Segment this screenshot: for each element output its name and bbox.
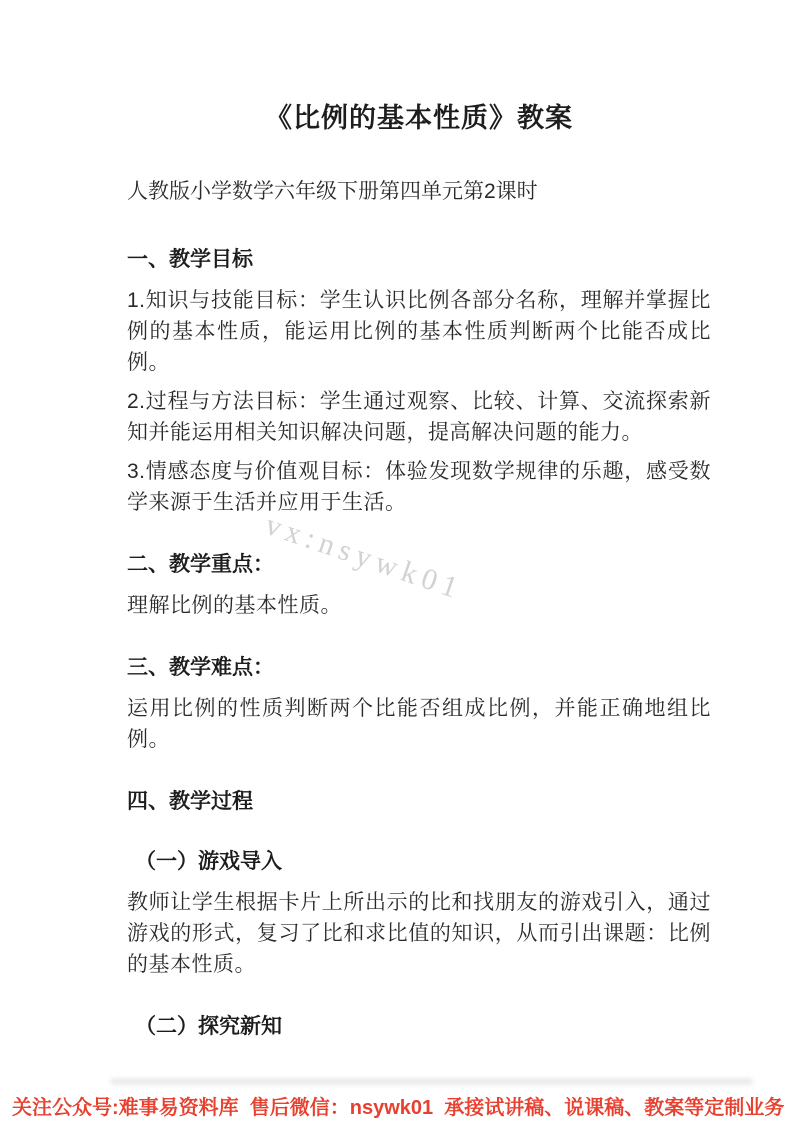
document-page: 《比例的基本性质》教案 人教版小学数学六年级下册第四单元第2课时 一、教学目标 …	[0, 0, 793, 1122]
paragraph-goal-3: 3.情感态度与价值观目标：体验发现数学规律的乐趣，感受数学来源于生活并应用于生活…	[127, 456, 711, 518]
page-subtitle: 人教版小学数学六年级下册第四单元第2课时	[127, 175, 711, 205]
section-heading-teaching-process: 四、教学过程	[127, 785, 711, 815]
footer-promo-banner: 关注公众号:难事易资料库 售后微信：nsywk01 承接试讲稿、说课稿、教案等定…	[0, 1088, 793, 1122]
paragraph-goal-2: 2.过程与方法目标：学生通过观察、比较、计算、交流探索新知并能运用相关知识解决问…	[127, 386, 711, 448]
paragraph-difficult-points: 运用比例的性质判断两个比能否组成比例，并能正确地组比例。	[127, 693, 711, 755]
document-content: 《比例的基本性质》教案 人教版小学数学六年级下册第四单元第2课时 一、教学目标 …	[127, 96, 711, 1052]
section-heading-key-points: 二、教学重点：	[127, 548, 711, 578]
subsection-heading-game-intro: （一）游戏导入	[127, 845, 711, 875]
section-heading-difficult-points: 三、教学难点：	[127, 651, 711, 681]
subsection-heading-explore-new: （二）探究新知	[127, 1010, 711, 1040]
paragraph-game-intro: 教师让学生根据卡片上所出示的比和找朋友的游戏引入，通过游戏的形式，复习了比和求比…	[127, 887, 711, 980]
section-heading-teaching-goals: 一、教学目标	[127, 243, 711, 273]
scan-smudge-band	[110, 1078, 753, 1085]
paragraph-goal-1: 1.知识与技能目标：学生认识比例各部分名称，理解并掌握比例的基本性质，能运用比例…	[127, 285, 711, 378]
page-title: 《比例的基本性质》教案	[127, 96, 711, 135]
paragraph-key-points: 理解比例的基本性质。	[127, 590, 711, 621]
